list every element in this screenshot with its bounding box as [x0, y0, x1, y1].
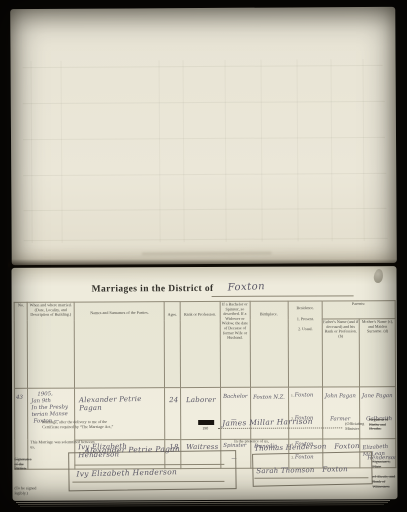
- bride-rank: Waitress: [186, 442, 218, 450]
- parties-note-block: Signatures of the Parties.: [14, 457, 48, 477]
- col-header-parents-group: Parents:: [322, 301, 395, 319]
- col-header-residence: Residence. 1. Present. 2. Usual.: [288, 301, 322, 387]
- redaction-mark: [198, 420, 214, 425]
- bleed-line: [31, 61, 33, 243]
- groom-rank: Laborer: [186, 396, 216, 404]
- witness-2-signature: Sarah Thomson: [256, 466, 314, 475]
- blank-register-page: [10, 7, 397, 265]
- officiating-minister-label: (Officiating Minister: [345, 421, 363, 431]
- bleed-line: [331, 59, 333, 241]
- page-title: Marriages in the District of: [92, 284, 214, 295]
- col-header-mother: Mother's Name (c), and Maiden Surname. (…: [359, 319, 395, 387]
- col-header-father: Father's Name (and if deceased) and his …: [322, 319, 359, 387]
- col-header-when-where: When and where married. (Date, Locality,…: [27, 302, 74, 388]
- groom-father-name: John Pagan: [325, 392, 360, 399]
- groom-condition: Bachelor: [223, 393, 251, 400]
- col-header-names: Names and Surnames of the Parties.: [74, 302, 164, 388]
- bleed-line: [159, 60, 161, 242]
- entry-number: 43: [16, 394, 28, 401]
- col-header-rank: Rank or Profession.: [180, 301, 220, 387]
- groom-mother-name: Jane Pagan: [362, 392, 396, 399]
- col-header-no: No.: [14, 302, 27, 388]
- witness-1-abode: Foxton: [334, 442, 360, 451]
- registrar-stamp-block: Registrar of Births and Deaths.: [369, 417, 396, 437]
- presence-label: In the presence of us,: [234, 439, 279, 444]
- certification-line: Marriage, after the delivery to me of th…: [12, 417, 397, 435]
- col-header-birthplace: Birthplace.: [250, 301, 288, 387]
- district-underline: [212, 295, 354, 297]
- bleed-line: [183, 60, 185, 242]
- sign-legibly-note: (To be signed legibly.): [14, 486, 50, 496]
- register-book-photo: Marriages in the District of Foxton No. …: [0, 0, 407, 512]
- marriage-register-page: Marriages in the District of Foxton No. …: [11, 266, 397, 501]
- col-header-ages: Ages.: [164, 302, 180, 388]
- bleed-line: [24, 238, 388, 241]
- groom-age: 24: [169, 396, 178, 404]
- groom-name: Alexander Petrie Pagan: [79, 394, 164, 412]
- witnesses-note-block: Signatures, Place of Abode, and Rank of …: [372, 459, 396, 500]
- bleed-line: [23, 65, 383, 68]
- district-name-handwritten: Foxton: [227, 281, 265, 293]
- bleed-line: [261, 60, 263, 242]
- bleed-line: [297, 59, 299, 241]
- certification-printed-text: Marriage, after the delivery to me of th…: [42, 419, 119, 429]
- bleed-line: [61, 61, 63, 243]
- witness-2-abode: Foxton: [322, 465, 348, 474]
- groom-birthplace: Foxton N.Z.: [253, 394, 289, 401]
- bleed-through-text: [142, 252, 272, 256]
- col-header-condition: If a Bachelor or Spinster, so described.…: [220, 301, 250, 387]
- bleed-line: [225, 60, 227, 242]
- bleed-line: [363, 59, 365, 241]
